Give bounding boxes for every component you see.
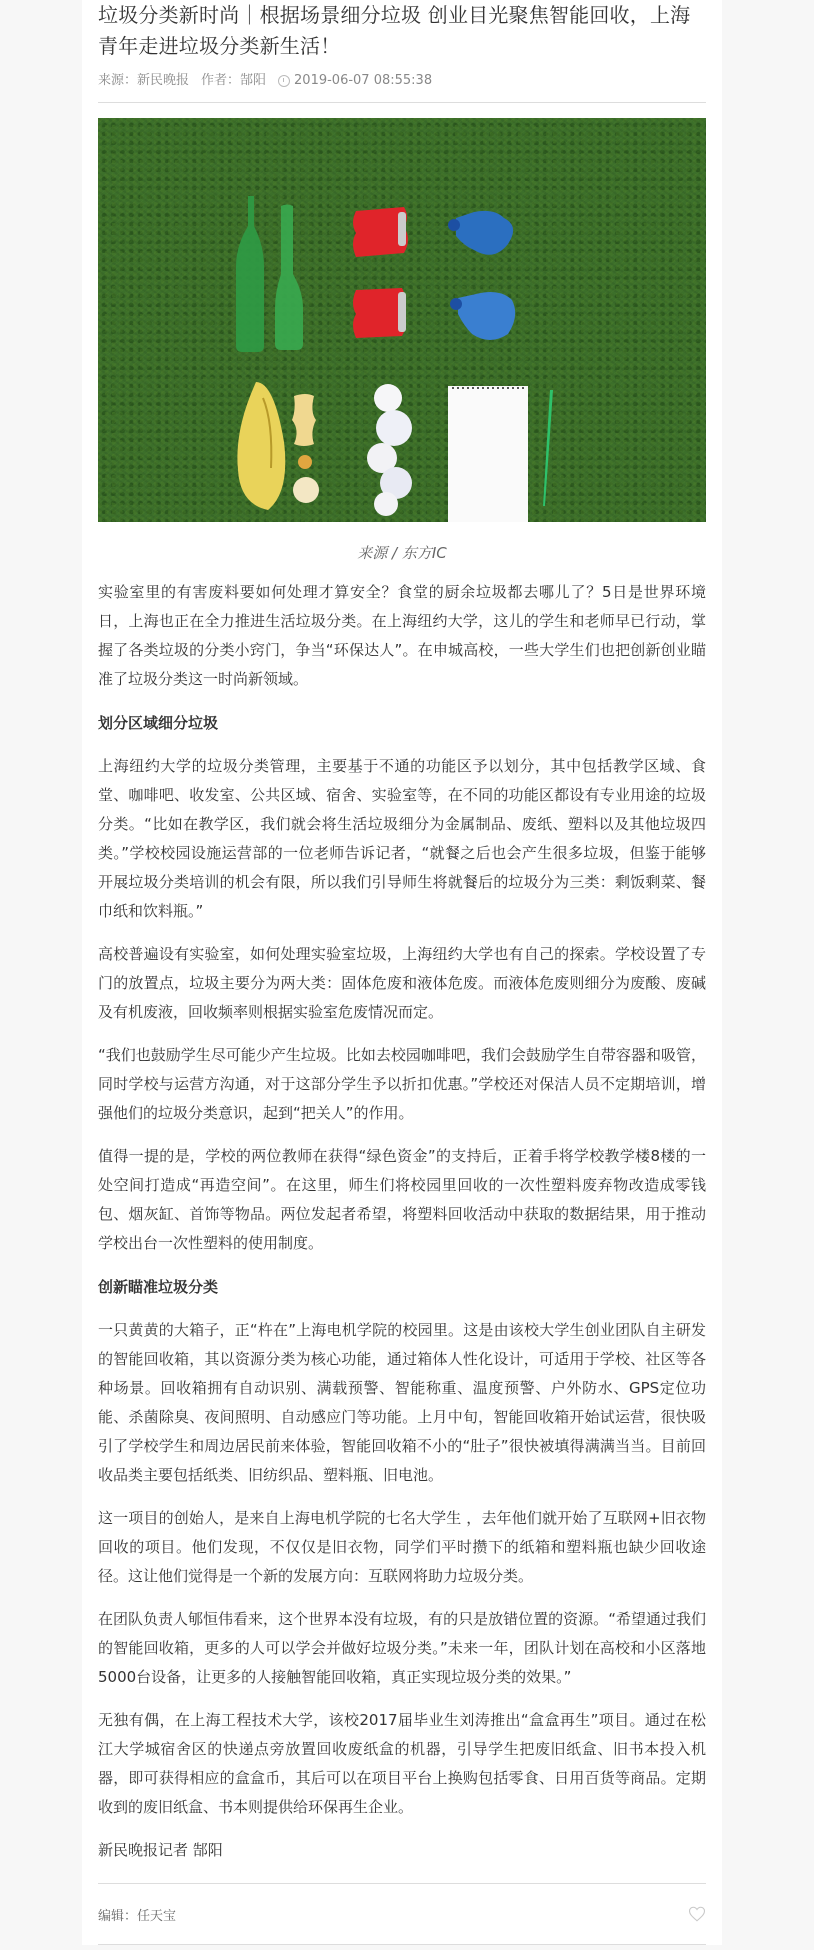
paragraph: 高校普遍设有实验室，如何处理实验室垃圾，上海纽约大学也有自己的探索。学校设置了专…	[98, 940, 706, 1027]
bottom-divider	[98, 1944, 706, 1945]
article-datetime: 2019-06-07 08:55:38	[294, 71, 432, 91]
food-waste-icon	[237, 382, 319, 510]
article-title: 垃圾分类新时尚｜根据场景细分垃圾 创业目光聚焦智能回收，上海青年走进垃圾分类新生…	[98, 0, 706, 62]
paragraph: 实验室里的有害废料要如何处理才算安全？食堂的厨余垃圾都去哪儿了？5日是世界环境日…	[98, 578, 706, 694]
crumpled-paper-icon	[367, 384, 412, 516]
notepad-icon	[448, 386, 528, 522]
section-heading: 划分区域细分垃圾	[98, 709, 706, 738]
paragraph: 这一项目的创始人，是来自上海电机学院的七名大学生 ，去年他们就开始了互联网+旧衣…	[98, 1504, 706, 1591]
paragraph: 上海纽约大学的垃圾分类管理，主要基于不通的功能区予以划分，其中包括教学区域、食堂…	[98, 752, 706, 926]
recyclables-illustration	[98, 118, 706, 522]
editor-label: 编辑：任天宝	[98, 1905, 176, 1924]
article-card: 垃圾分类新时尚｜根据场景细分垃圾 创业目光聚焦智能回收，上海青年走进垃圾分类新生…	[82, 0, 722, 1945]
editor-row: 编辑：任天宝	[98, 1884, 706, 1944]
section-heading: 创新瞄准垃圾分类	[98, 1273, 706, 1302]
clock-icon	[278, 75, 290, 87]
crushed-cans-icon	[353, 207, 408, 338]
paragraph: “我们也鼓励学生尽可能少产生垃圾。比如去校园咖啡吧，我们会鼓励学生自带容器和吸管…	[98, 1041, 706, 1128]
reporter-byline: 新民晚报记者 郜阳	[98, 1836, 706, 1865]
paragraph: 在团队负责人郇恒伟看来，这个世界本没有垃圾，有的只是放错位置的资源。“希望通过我…	[98, 1605, 706, 1692]
heart-icon[interactable]	[688, 1905, 706, 1923]
article-body: 实验室里的有害废料要如何处理才算安全？食堂的厨余垃圾都去哪儿了？5日是世界环境日…	[98, 578, 706, 1865]
article-meta: 来源：新民晚报 作者：郜阳 2019-06-07 08:55:38	[98, 70, 706, 92]
photo-caption: 来源 / 东方IC	[98, 542, 706, 564]
article-photo	[98, 118, 706, 522]
paragraph: 一只黄黄的大箱子，正“杵在”上海电机学院的校园里。这是由该校大学生创业团队自主研…	[98, 1316, 706, 1490]
article-author: 作者：郜阳	[201, 71, 266, 91]
article-source: 来源：新民晚报	[98, 71, 189, 91]
paragraph: 无独有偶，在上海工程技术大学，该校2017届毕业生刘涛推出“盒盒再生”项目。通过…	[98, 1706, 706, 1822]
paragraph: 值得一提的是，学校的两位教师在获得“绿色资金”的支持后，正着手将学校教学楼8楼的…	[98, 1142, 706, 1258]
title-divider	[98, 102, 706, 103]
plastic-bottles-icon	[448, 211, 515, 340]
pencil-icon	[543, 390, 553, 506]
green-bottles-icon	[236, 196, 303, 352]
